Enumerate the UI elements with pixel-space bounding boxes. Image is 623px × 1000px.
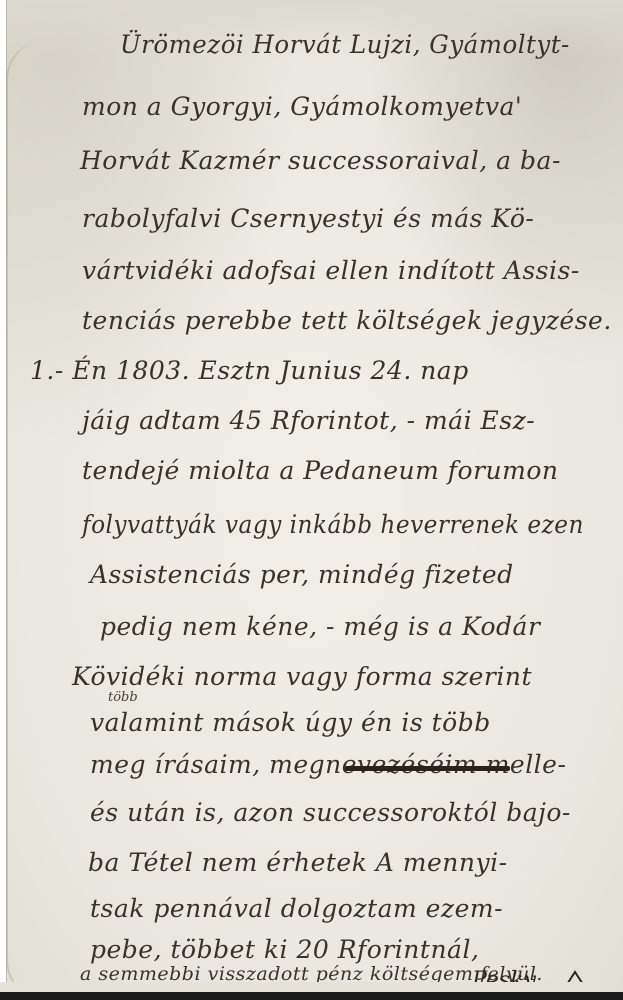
text-line-8: jáig adtam 45 Rforintot, - mái Esz- xyxy=(82,406,535,435)
text-line-3: Horvát Kazmér successoraival, a ba- xyxy=(80,146,561,175)
text-line-13: Kövidéki norma vagy forma szerint xyxy=(72,662,532,691)
text-line-2: mon a Gyorgyi, Gyámolkomyetva' xyxy=(82,92,522,121)
text-line-14: valamint mások úgy én is több xyxy=(90,708,491,737)
text-line-9: tendejé miolta a Pedaneum forumon xyxy=(82,456,559,485)
scan-bottom-border xyxy=(0,992,623,1000)
paper-curl xyxy=(6,40,48,1000)
text-line-7: 1.- Én 1803. Esztn Junius 24. nap xyxy=(30,356,469,385)
paper-bottom-edge xyxy=(0,982,600,992)
text-line-12: pedig nem kéne, - még is a Kodár xyxy=(100,612,540,641)
text-line-5: vártvidéki adofsai ellen indított Assis- xyxy=(82,256,580,285)
text-line-16: és után is, azon successoroktól bajo- xyxy=(90,798,571,827)
text-line-10: folyvattyák vagy inkább heverrenek ezen xyxy=(82,510,584,539)
text-line-4: rabolyfalvi Csernyestyi és más Kö- xyxy=(82,204,534,233)
strikethrough-mark xyxy=(345,766,510,771)
text-line-19: pebe, többet ki 20 Rforintnál, xyxy=(90,935,479,964)
text-line-1: Ürömezöi Horvát Lujzi, Gyámoltyt- xyxy=(120,30,570,59)
text-line-17: ba Tétel nem érhetek A mennyi- xyxy=(88,848,508,877)
interlinear-note: több xyxy=(108,690,138,705)
text-line-6: tenciás perebbe tett költségek jegyzése. xyxy=(82,306,612,335)
manuscript-page: Ürömezöi Horvát Lujzi, Gyámoltyt- mon a … xyxy=(0,0,623,1000)
text-line-18: tsak pennával dolgoztam ezem- xyxy=(90,894,503,923)
text-line-15: meg írásaim, megnevezéséim melle- xyxy=(90,750,566,779)
text-line-11: Assistenciás per, mindég fizeted xyxy=(90,560,514,589)
text-line-15-content: meg írásaim, megnevezéséim melle- xyxy=(90,750,566,779)
